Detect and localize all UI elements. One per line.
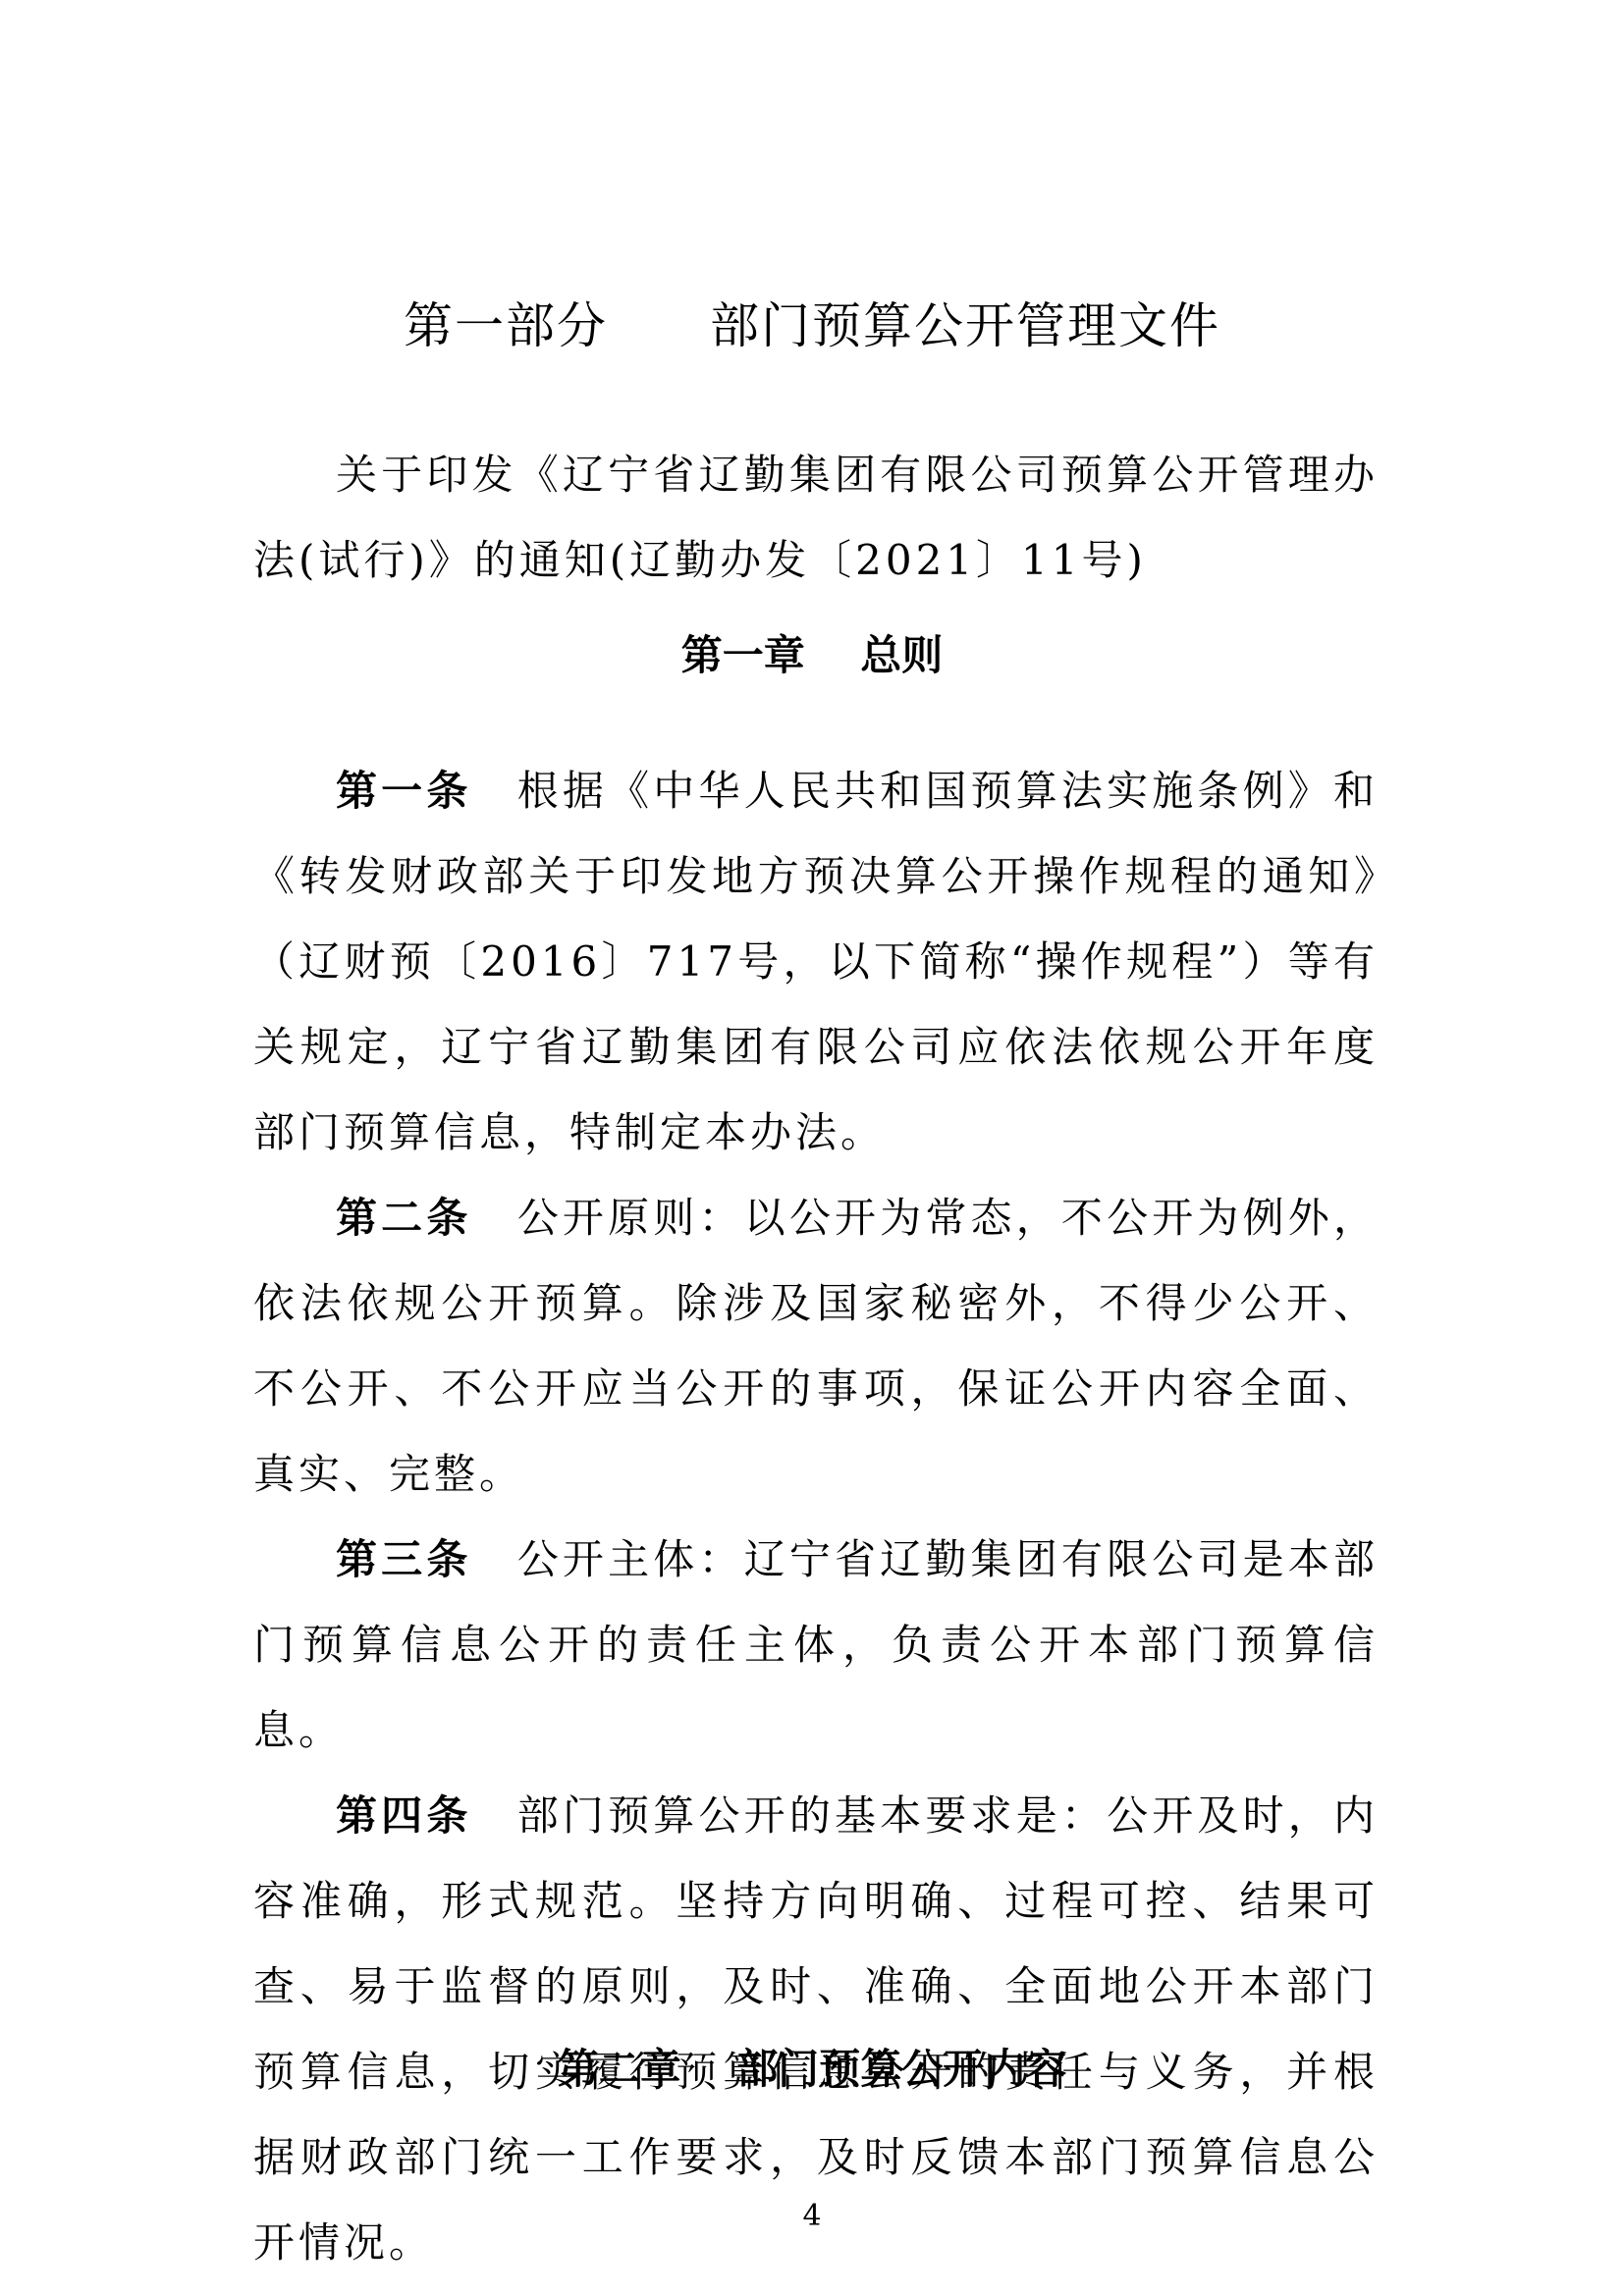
article-4-label: 第四条 [336,1791,472,1840]
article-3: 第三条 公开主体：辽宁省辽勤集团有限公司是本部门预算信息公开的责任主体，负责公开… [253,1517,1379,1773]
article-2: 第二条 公开原则：以公开为常态，不公开为例外，依法依规公开预算。除涉及国家秘密外… [253,1175,1379,1517]
article-4-text: 部门预算公开的基本要求是：公开及时，内容准确，形式规范。坚持方向明确、过程可控、… [253,1791,1379,2267]
chapter-2-heading: 第二章 部门预算公开内容 [0,2030,1624,2109]
page-number: 4 [0,2199,1624,2233]
part-title: 第一部分 部门预算公开管理文件 [0,287,1624,365]
document-page: 第一部分 部门预算公开管理文件 关于印发《辽宁省辽勤集团有限公司预算公开管理办法… [0,0,1624,2296]
chapter-1-heading: 第一章 总则 [0,616,1624,695]
article-1-text: 根据《中华人民共和国预算法实施条例》和《转发财政部关于印发地方预决算公开操作规程… [253,767,1379,1156]
notice-title-block: 关于印发《辽宁省辽勤集团有限公司预算公开管理办法(试行)》的通知(辽勤办发〔20… [253,432,1379,603]
article-1-label: 第一条 [336,767,472,815]
notice-title: 关于印发《辽宁省辽勤集团有限公司预算公开管理办法(试行)》的通知(辽勤办发〔20… [253,432,1379,603]
article-1: 第一条 根据《中华人民共和国预算法实施条例》和《转发财政部关于印发地方预决算公开… [253,748,1379,1175]
article-3-label: 第三条 [336,1535,472,1583]
article-2-label: 第二条 [336,1194,472,1242]
